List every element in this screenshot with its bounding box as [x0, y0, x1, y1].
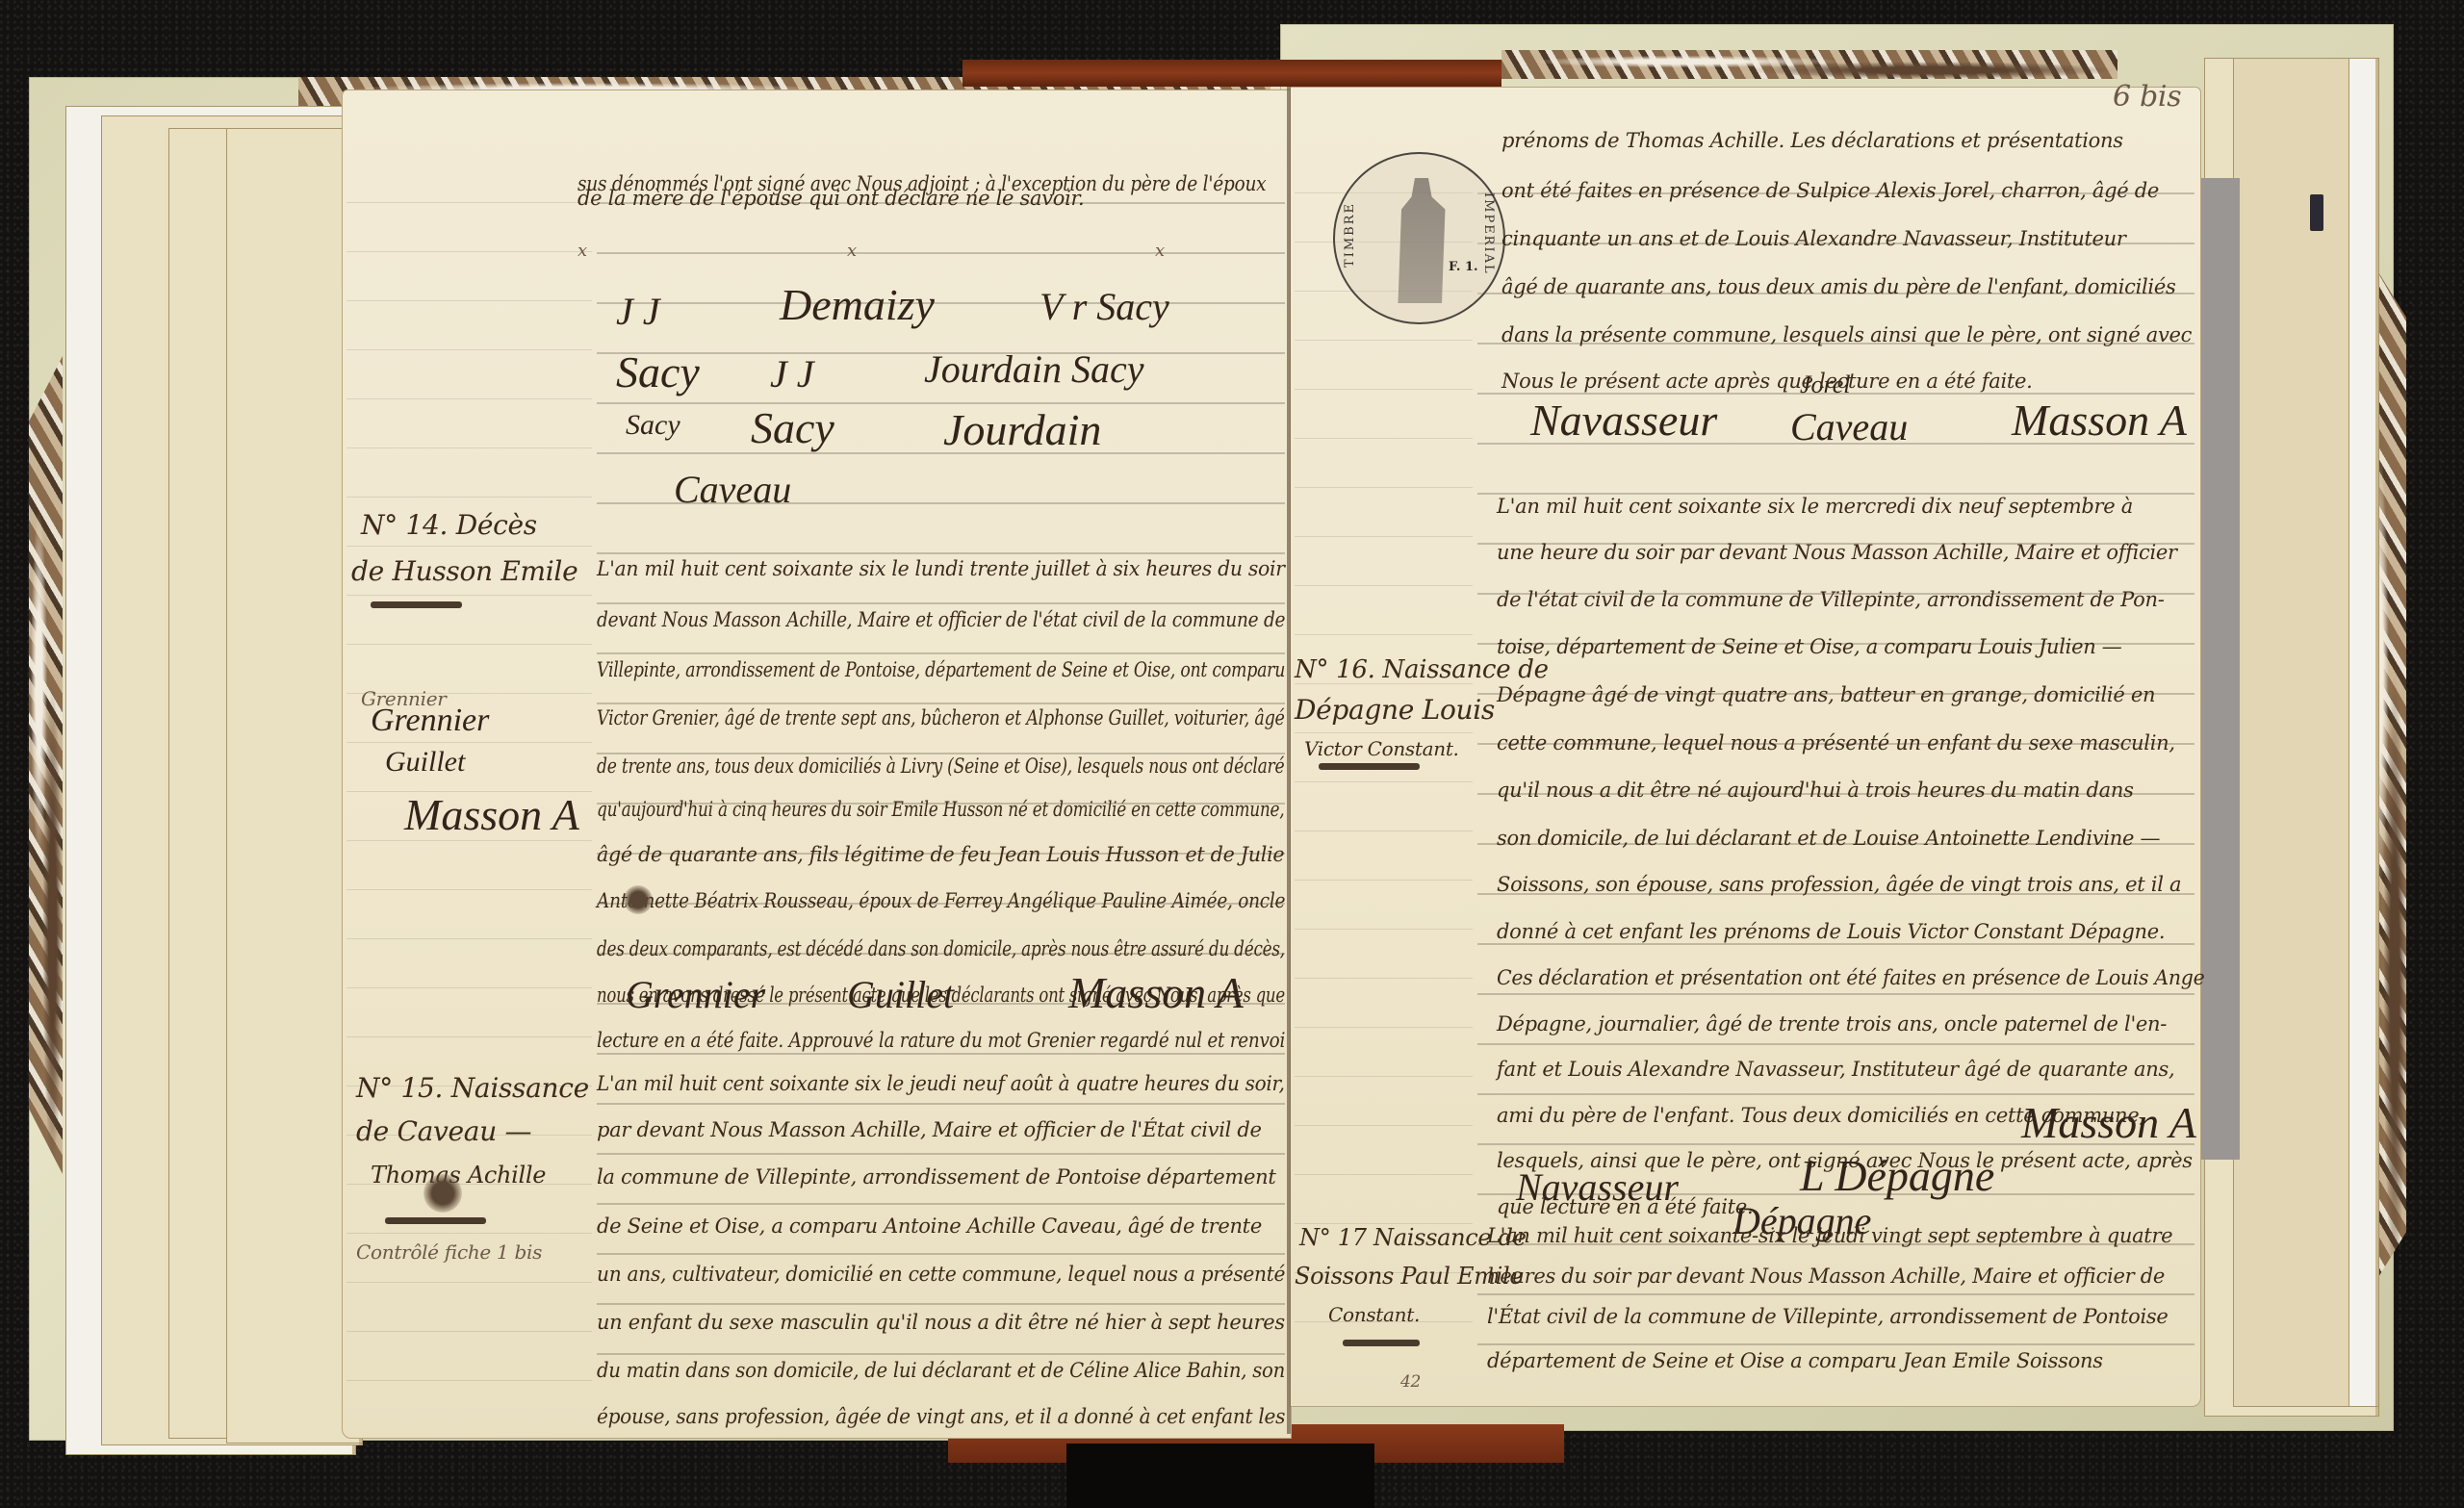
- spine-shadow: [1066, 1444, 1374, 1508]
- signature: Caveau: [1790, 404, 1908, 449]
- signature: Sacy: [751, 402, 834, 453]
- entry-body-line: Victor Grenier, âgé de trente sept ans, …: [597, 693, 1285, 743]
- clip-icon: [2310, 194, 2323, 231]
- entry-body-line: Soissons, son épouse, sans profession, â…: [1497, 859, 2181, 909]
- margin-signature: Guillet: [385, 746, 465, 779]
- entry-heading: de Husson Emile: [351, 547, 577, 597]
- entry-body-line: toise, département de Seine et Oise, a c…: [1497, 622, 2122, 672]
- signature: Caveau: [674, 467, 791, 512]
- entry-body-line: l'État civil de la commune de Villepinte…: [1487, 1291, 2169, 1342]
- entry-body-line: L'an mil huit cent soixante six le jeudi…: [597, 1059, 1285, 1109]
- entry-divider: [371, 601, 462, 608]
- entry-divider: [385, 1217, 486, 1224]
- signature: L Dépagne: [1800, 1150, 1994, 1201]
- entry-body-line: qu'il nous a dit être né aujourd'hui à t…: [1497, 765, 2134, 815]
- gutter: [1287, 87, 1291, 1434]
- entry-body-line: fant et Louis Alexandre Navasseur, Insti…: [1497, 1044, 2174, 1094]
- entry-body-line: une heure du soir par devant Nous Masson…: [1497, 527, 2177, 577]
- continuation-line: âgé de quarante ans, tous deux amis du p…: [1501, 262, 2175, 312]
- entry-divider: [1343, 1340, 1420, 1346]
- stamp-monogram: F. 1.: [1449, 260, 1478, 275]
- entry-body-line: Dépagne âgé de vingt quatre ans, batteur…: [1497, 670, 2155, 720]
- entry-body-line: cette commune, lequel nous a présenté un…: [1497, 718, 2175, 768]
- gray-insert-sheet: [2196, 178, 2240, 1160]
- continuation-line: cinquante un ans et de Louis Alexandre N…: [1501, 214, 2126, 264]
- signature: Masson A: [1068, 967, 1244, 1018]
- entry-body-line: L'an mil huit cent soixante six le lundi…: [597, 544, 1285, 594]
- entry-body-line: de l'état civil de la commune de Villepi…: [1497, 575, 2165, 625]
- continuation-line: dans la présente commune, lesquels ainsi…: [1501, 310, 2192, 360]
- entry-body-line: Ces déclaration et présentation ont été …: [1497, 953, 2204, 1003]
- continuation-line: ont été faites en présence de Sulpice Al…: [1501, 166, 2159, 216]
- cross-mark: x: [577, 226, 587, 276]
- margin-signature: Grennier: [371, 703, 489, 739]
- entry-body-line: âgé de quarante ans, fils légitime de fe…: [597, 830, 1284, 880]
- entry-body-line: département de Seine et Oise a comparu J…: [1487, 1336, 2103, 1386]
- signature: Masson A: [2012, 395, 2187, 446]
- signature: Masson A: [2021, 1097, 2196, 1148]
- entry-divider: [1319, 763, 1420, 770]
- signature: Jorel: [1800, 371, 1850, 399]
- signature: Navasseur: [1516, 1164, 1679, 1210]
- entry-body-line: son domicile, de lui déclarant et de Lou…: [1497, 813, 2160, 863]
- signature: Grennier: [626, 972, 765, 1017]
- entry-body-line: donné à cet enfant les prénoms de Louis …: [1497, 907, 2165, 957]
- entry-body-line: du matin dans son domicile, de lui décla…: [597, 1345, 1285, 1395]
- entry-body-line: de Seine et Oise, a comparu Antoine Achi…: [597, 1201, 1262, 1251]
- marbled-cover-top-right: [1501, 50, 2117, 79]
- justice-figure-icon: [1388, 178, 1455, 303]
- signature: Guillet: [847, 972, 954, 1017]
- entry-body-line: qu'aujourd'hui à cinq heures du soir Emi…: [597, 784, 1284, 834]
- entry-body-line: L'an mil huit cent soixante six le mercr…: [1497, 481, 2133, 531]
- page-number: 42: [1400, 1357, 1421, 1407]
- entry-body-line: un ans, cultivateur, domicilié en cette …: [597, 1249, 1285, 1299]
- ink-blot: [624, 885, 653, 914]
- entry-body-line: Antoinette Béatrix Rousseau, époux de Fe…: [597, 876, 1285, 926]
- signature: Sacy: [626, 409, 680, 442]
- entry-body-line: Dépagne, journalier, âgé de trente trois…: [1497, 999, 2167, 1049]
- signature: Jourdain: [943, 404, 1101, 455]
- entry-body-line: par devant Nous Masson Achille, Maire et…: [597, 1105, 1262, 1155]
- marbled-cover-corner-left: [29, 356, 63, 1174]
- continuation-line: prénoms de Thomas Achille. Les déclarati…: [1501, 115, 2123, 166]
- entry-body-line: épouse, sans profession, âgée de vingt a…: [597, 1392, 1285, 1442]
- signature: J J: [616, 289, 660, 334]
- right-page-stack: [2348, 58, 2379, 1407]
- entry-body-line: Villepinte, arrondissement de Pontoise, …: [597, 645, 1285, 695]
- entry-heading: Constant.: [1328, 1290, 1420, 1340]
- signature: Navasseur: [1530, 395, 1717, 446]
- cross-mark: x: [847, 226, 857, 276]
- control-note: Contrôlé fiche 1 bis: [356, 1227, 542, 1277]
- stamp-label-left: TIMBRE: [1343, 202, 1357, 268]
- margin-signature: Masson A: [404, 789, 579, 840]
- entry-heading: N° 14. Décès: [361, 500, 537, 550]
- cross-mark: x: [1155, 226, 1165, 276]
- ink-blot: [423, 1174, 462, 1213]
- signature: Jourdain Sacy: [924, 346, 1143, 392]
- stamp-label-right: IMPERIAL: [1481, 192, 1496, 275]
- continuation-line: de la mère de l'épouse qui ont déclaré n…: [577, 173, 1084, 223]
- signature: Demaizy: [780, 279, 935, 330]
- entry-body-line: devant Nous Masson Achille, Maire et off…: [597, 595, 1285, 645]
- signature: V r Sacy: [1039, 284, 1169, 329]
- entry-body-line: un enfant du sexe masculin qu'il nous a …: [597, 1297, 1285, 1347]
- entry-body-line: la commune de Villepinte, arrondissement…: [597, 1152, 1276, 1202]
- imperial-tax-stamp: TIMBRE IMPERIAL F. 1.: [1333, 152, 1505, 324]
- left-margin-rules: [346, 154, 592, 1395]
- signature: Sacy: [616, 346, 700, 397]
- spine-leather-top: [962, 60, 1501, 87]
- signature: J J: [770, 351, 814, 396]
